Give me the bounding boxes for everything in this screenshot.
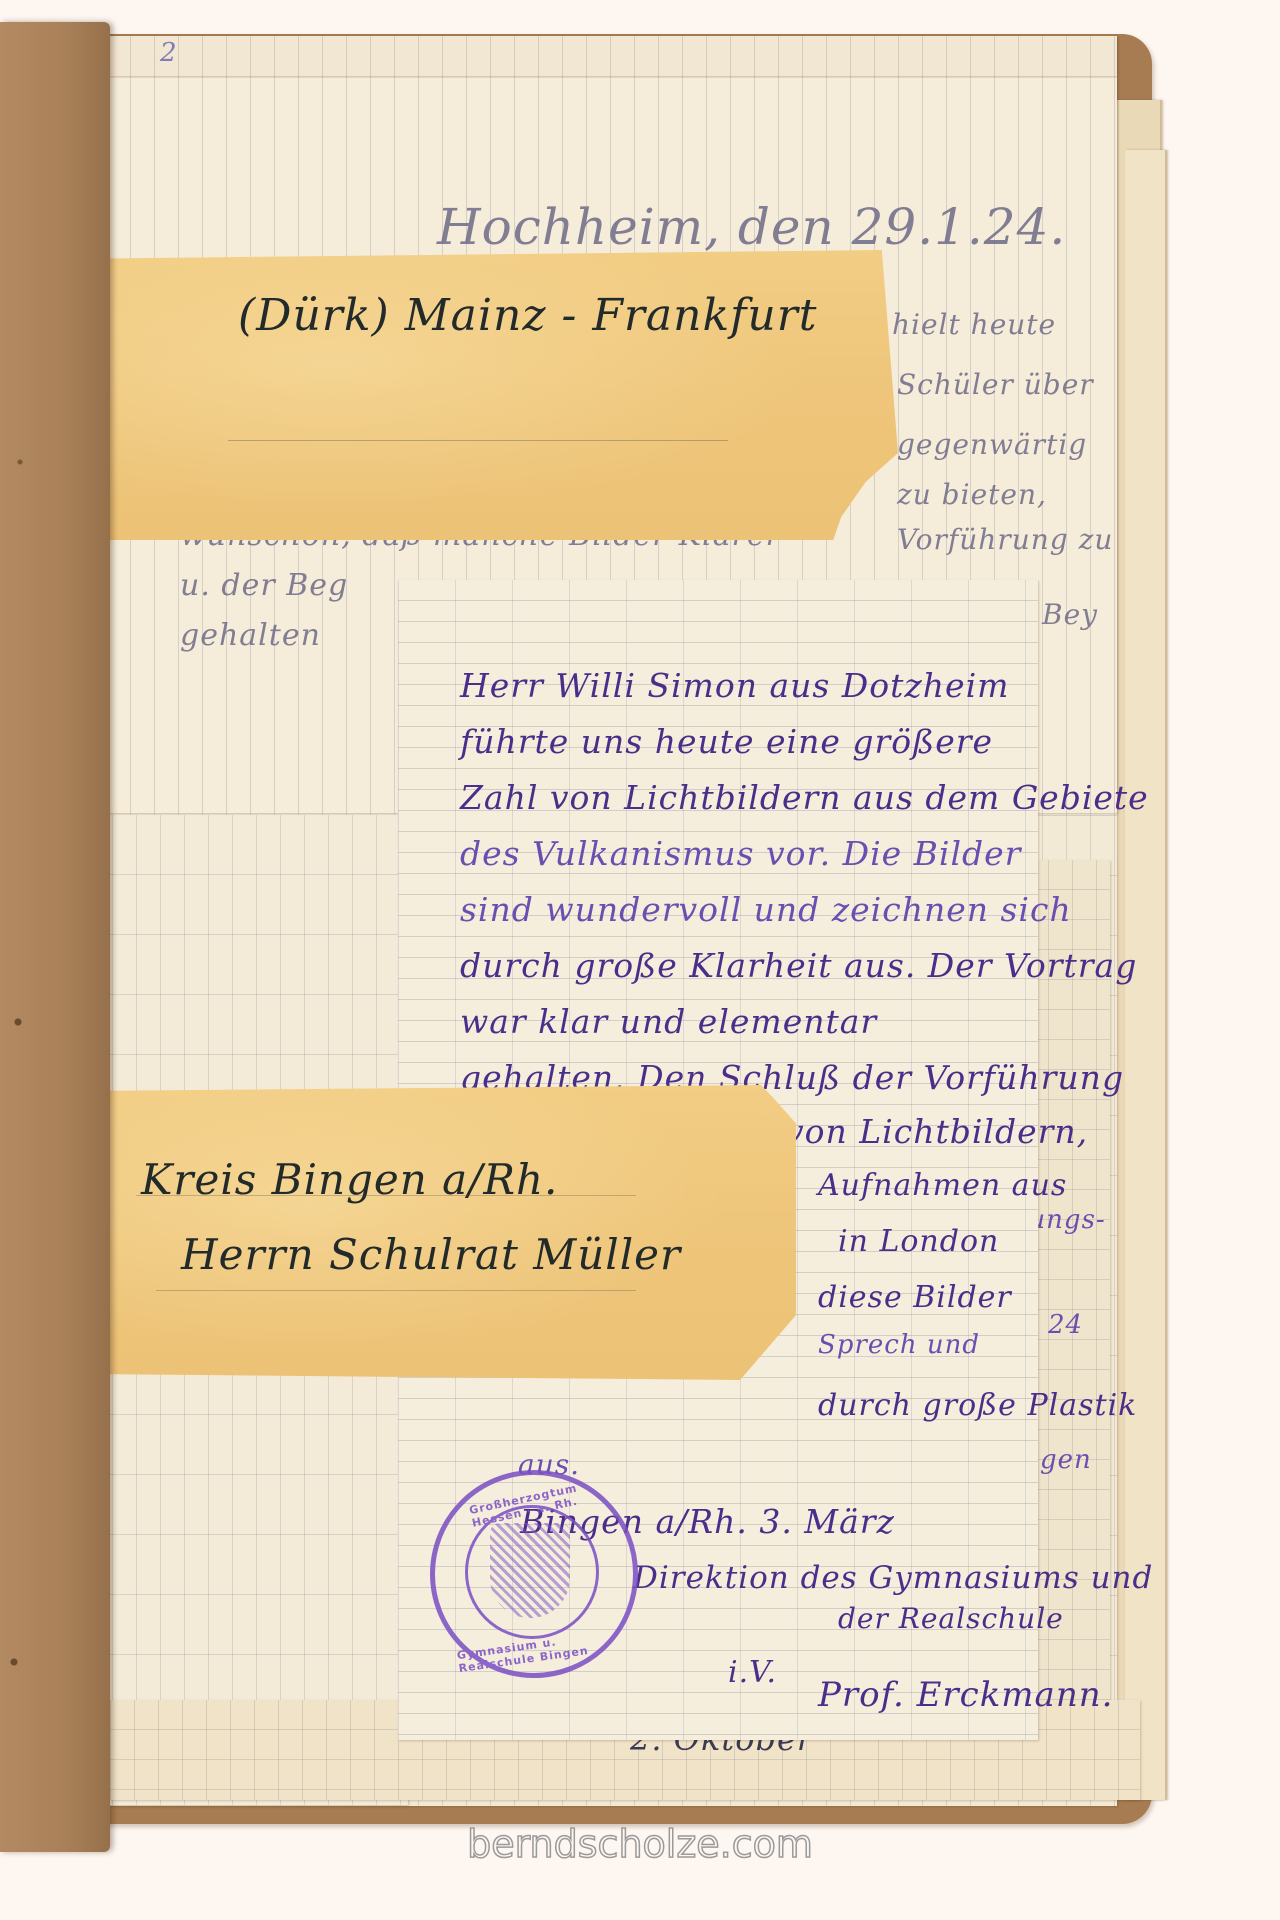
letter-signature-block: der Realschule	[838, 1602, 1064, 1635]
binder-spine	[0, 22, 110, 1852]
letter-line: Herr Willi Simon aus Dotzheim	[460, 666, 1009, 705]
letter-line: Aufnahmen aus	[818, 1168, 1067, 1203]
top-label-rule	[228, 440, 728, 441]
pencil-line: gegenwärtig	[897, 428, 1087, 461]
letter-signature-name: Prof. Erckmann.	[818, 1675, 1113, 1715]
letter-line: war klar und elementar	[460, 1002, 877, 1041]
bottom-label: Kreis Bingen a/Rh. Herrn Schulrat Müller	[96, 1085, 796, 1380]
pencil-line: hielt heute	[892, 308, 1056, 341]
pencil-line: gehalten	[180, 618, 321, 653]
letter-line: diese Bilder	[818, 1280, 1012, 1315]
letter-line: durch große Klarheit aus. Der Vortrag	[460, 946, 1137, 985]
letter-line: sind wundervoll und zeichnen sich	[460, 890, 1072, 929]
letter-line: führte uns heute eine größere	[460, 722, 993, 761]
background-page-top-strip: x 2	[82, 36, 1117, 76]
pencil-line: u. der Beg	[180, 568, 348, 603]
top-label-text: (Dürk) Mainz - Frankfurt	[238, 290, 817, 341]
letter-line: in London	[838, 1224, 999, 1259]
letter-line: durch große Plastik	[818, 1388, 1137, 1423]
page-heading-date: Hochheim, den 29.1.24.	[437, 198, 1066, 256]
bottom-label-line-2: Herrn Schulrat Müller	[181, 1230, 681, 1279]
bottom-label-rule	[156, 1290, 636, 1291]
corner-mark: 2	[160, 38, 178, 68]
stamp-coat-of-arms-icon	[490, 1523, 570, 1618]
official-stamp: Großherzogtum Hessen · a. Rh. Gymnasium …	[430, 1470, 638, 1678]
pencil-line: Schüler über	[897, 368, 1094, 401]
letter-signature-block: Direktion des Gymnasiums und	[633, 1560, 1153, 1596]
pencil-line: Vorführung zu	[897, 523, 1113, 556]
bottom-label-line-1: Kreis Bingen a/Rh.	[141, 1155, 558, 1204]
top-label: (Dürk) Mainz - Frankfurt	[88, 250, 898, 540]
watermark: berndscholze.com	[0, 1822, 1280, 1866]
letter-line: des Vulkanismus vor. Die Bilder	[460, 834, 1021, 873]
pencil-line: zu bieten,	[897, 478, 1047, 511]
letter-signature-prefix: i.V.	[728, 1655, 777, 1690]
pencil-line: Bey	[1042, 598, 1098, 631]
bottom-label-rule	[136, 1195, 636, 1196]
letter-line: Sprech und	[818, 1330, 980, 1360]
margin-note: gen	[1040, 1445, 1092, 1475]
letter-line: Zahl von Lichtbildern aus dem Gebiete	[460, 778, 1149, 817]
margin-note: 24	[1048, 1310, 1083, 1340]
